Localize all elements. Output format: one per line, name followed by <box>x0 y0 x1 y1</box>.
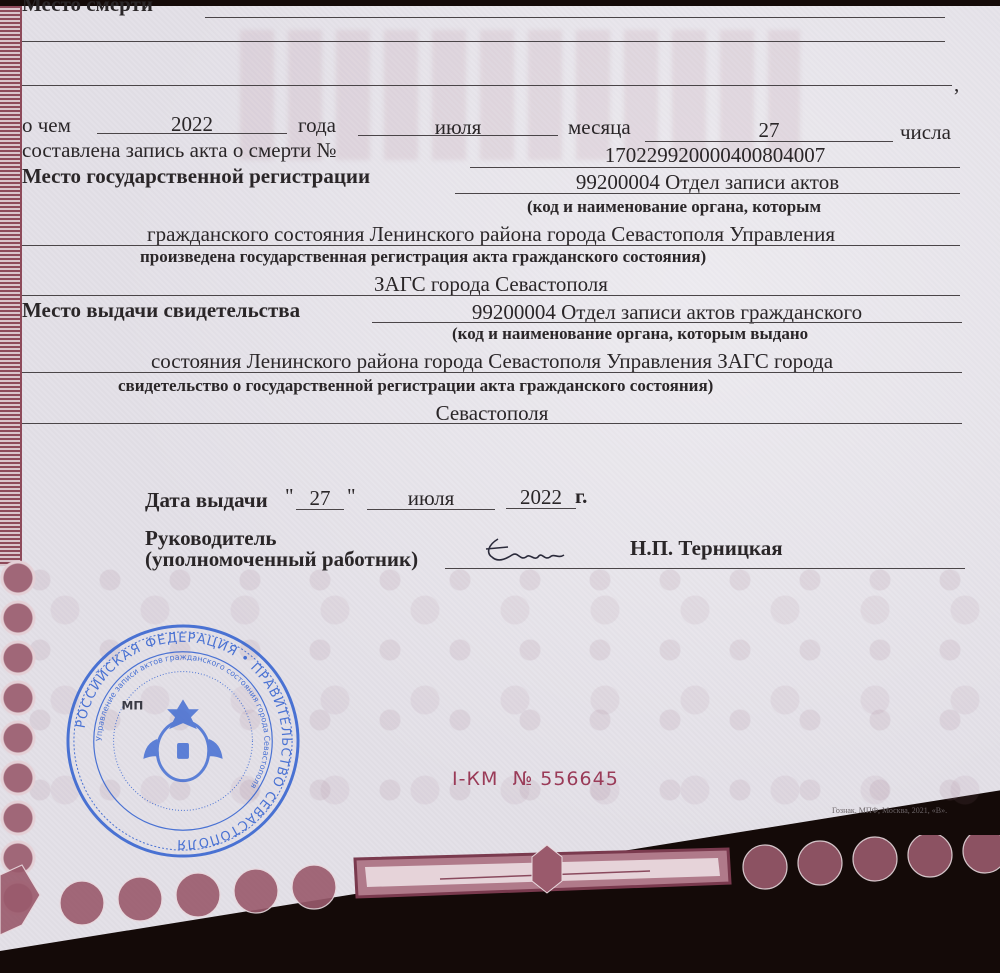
signatory-sublabel: (уполномоченный работник) <box>145 549 418 570</box>
issue-place-line2: состояния Ленинского района города Севас… <box>22 349 962 374</box>
issue-month: июля <box>367 486 495 511</box>
certificate-serial: I-КМ № 556645 <box>452 768 619 790</box>
record-day-suffix: числа <box>900 122 951 143</box>
registration-place-hint1: (код и наименование органа, которым <box>527 198 821 215</box>
center-panel <box>355 845 730 897</box>
issue-day: 27 <box>296 486 344 511</box>
signatory-name: Н.П. Терницкая <box>630 538 783 559</box>
record-number-line <box>470 167 960 168</box>
place-of-death-line <box>205 17 945 18</box>
left-security-border <box>0 6 22 566</box>
serial-number-sign: № <box>512 768 533 790</box>
record-day-line <box>645 141 893 142</box>
issue-place-hint2: свидетельство о государственной регистра… <box>118 377 713 394</box>
record-month-suffix: месяца <box>568 117 631 138</box>
registration-place-line2: гражданского состояния Ленинского района… <box>22 222 960 247</box>
stamp-outer-text: РОССИЙСКАЯ ФЕДЕРАЦИЯ • ПРАВИТЕЛЬСТВО СЕВ… <box>74 631 294 851</box>
issue-place-line1-rule <box>372 322 962 323</box>
issue-place-line3-rule <box>22 423 962 424</box>
stamp-mark: МП <box>122 698 144 712</box>
place-of-death-line-3 <box>22 85 952 86</box>
record-month-line <box>358 135 558 136</box>
issue-day-rule <box>296 509 344 510</box>
issue-date-label: Дата выдачи <box>145 490 268 511</box>
registration-place-line2-rule <box>22 245 960 246</box>
registration-place-line3-rule <box>22 295 960 296</box>
record-number-label: составлена запись акта о смерти № <box>22 140 337 161</box>
issue-place-label: Место выдачи свидетельства <box>22 300 300 321</box>
issue-year-rule <box>506 508 576 509</box>
comma: , <box>954 74 959 95</box>
quote-close: " <box>347 486 356 507</box>
place-of-death-label: Место смерти <box>22 0 153 15</box>
registration-place-line1-rule <box>455 193 960 194</box>
serial-series: I-КМ <box>452 768 498 790</box>
registration-place-label: Место государственной регистрации <box>22 166 370 187</box>
bottom-security-border <box>0 835 1000 945</box>
signature <box>478 535 578 571</box>
svg-text:РОССИЙСКАЯ ФЕДЕРАЦИЯ • ПРАВИТЕ: РОССИЙСКАЯ ФЕДЕРАЦИЯ • ПРАВИТЕЛЬСТВО СЕВ… <box>74 631 294 851</box>
record-number: 170229920000400804007 <box>470 143 960 168</box>
registration-place-hint2: произведена государственная регистрация … <box>140 248 706 265</box>
official-stamp: РОССИЙСКАЯ ФЕДЕРАЦИЯ • ПРАВИТЕЛЬСТВО СЕВ… <box>64 622 302 860</box>
record-month: июля <box>358 115 558 140</box>
printer-mark: Гознак, МПФ, Москва, 2021, «В». <box>832 806 947 815</box>
record-date-prefix: о чем <box>22 115 71 136</box>
place-of-death-line-2 <box>22 41 945 42</box>
record-day: 27 <box>645 118 893 143</box>
registration-place-line3: ЗАГС города Севастополя <box>22 272 960 297</box>
serial-number: 556645 <box>540 768 619 790</box>
coat-of-arms-icon <box>143 699 222 780</box>
issue-place-line2-rule <box>22 372 962 373</box>
quote-open: " <box>285 486 294 507</box>
registration-place-line1: 99200004 Отдел записи актов <box>455 170 960 195</box>
issue-year-suffix: г. <box>575 486 587 507</box>
signatory-label: Руководитель <box>145 528 276 549</box>
issue-place-hint1: (код и наименование органа, которым выда… <box>452 325 808 342</box>
record-year-line <box>97 133 287 134</box>
record-year-suffix: года <box>298 115 336 136</box>
issue-month-rule <box>367 509 495 510</box>
issue-year: 2022 <box>506 485 576 510</box>
